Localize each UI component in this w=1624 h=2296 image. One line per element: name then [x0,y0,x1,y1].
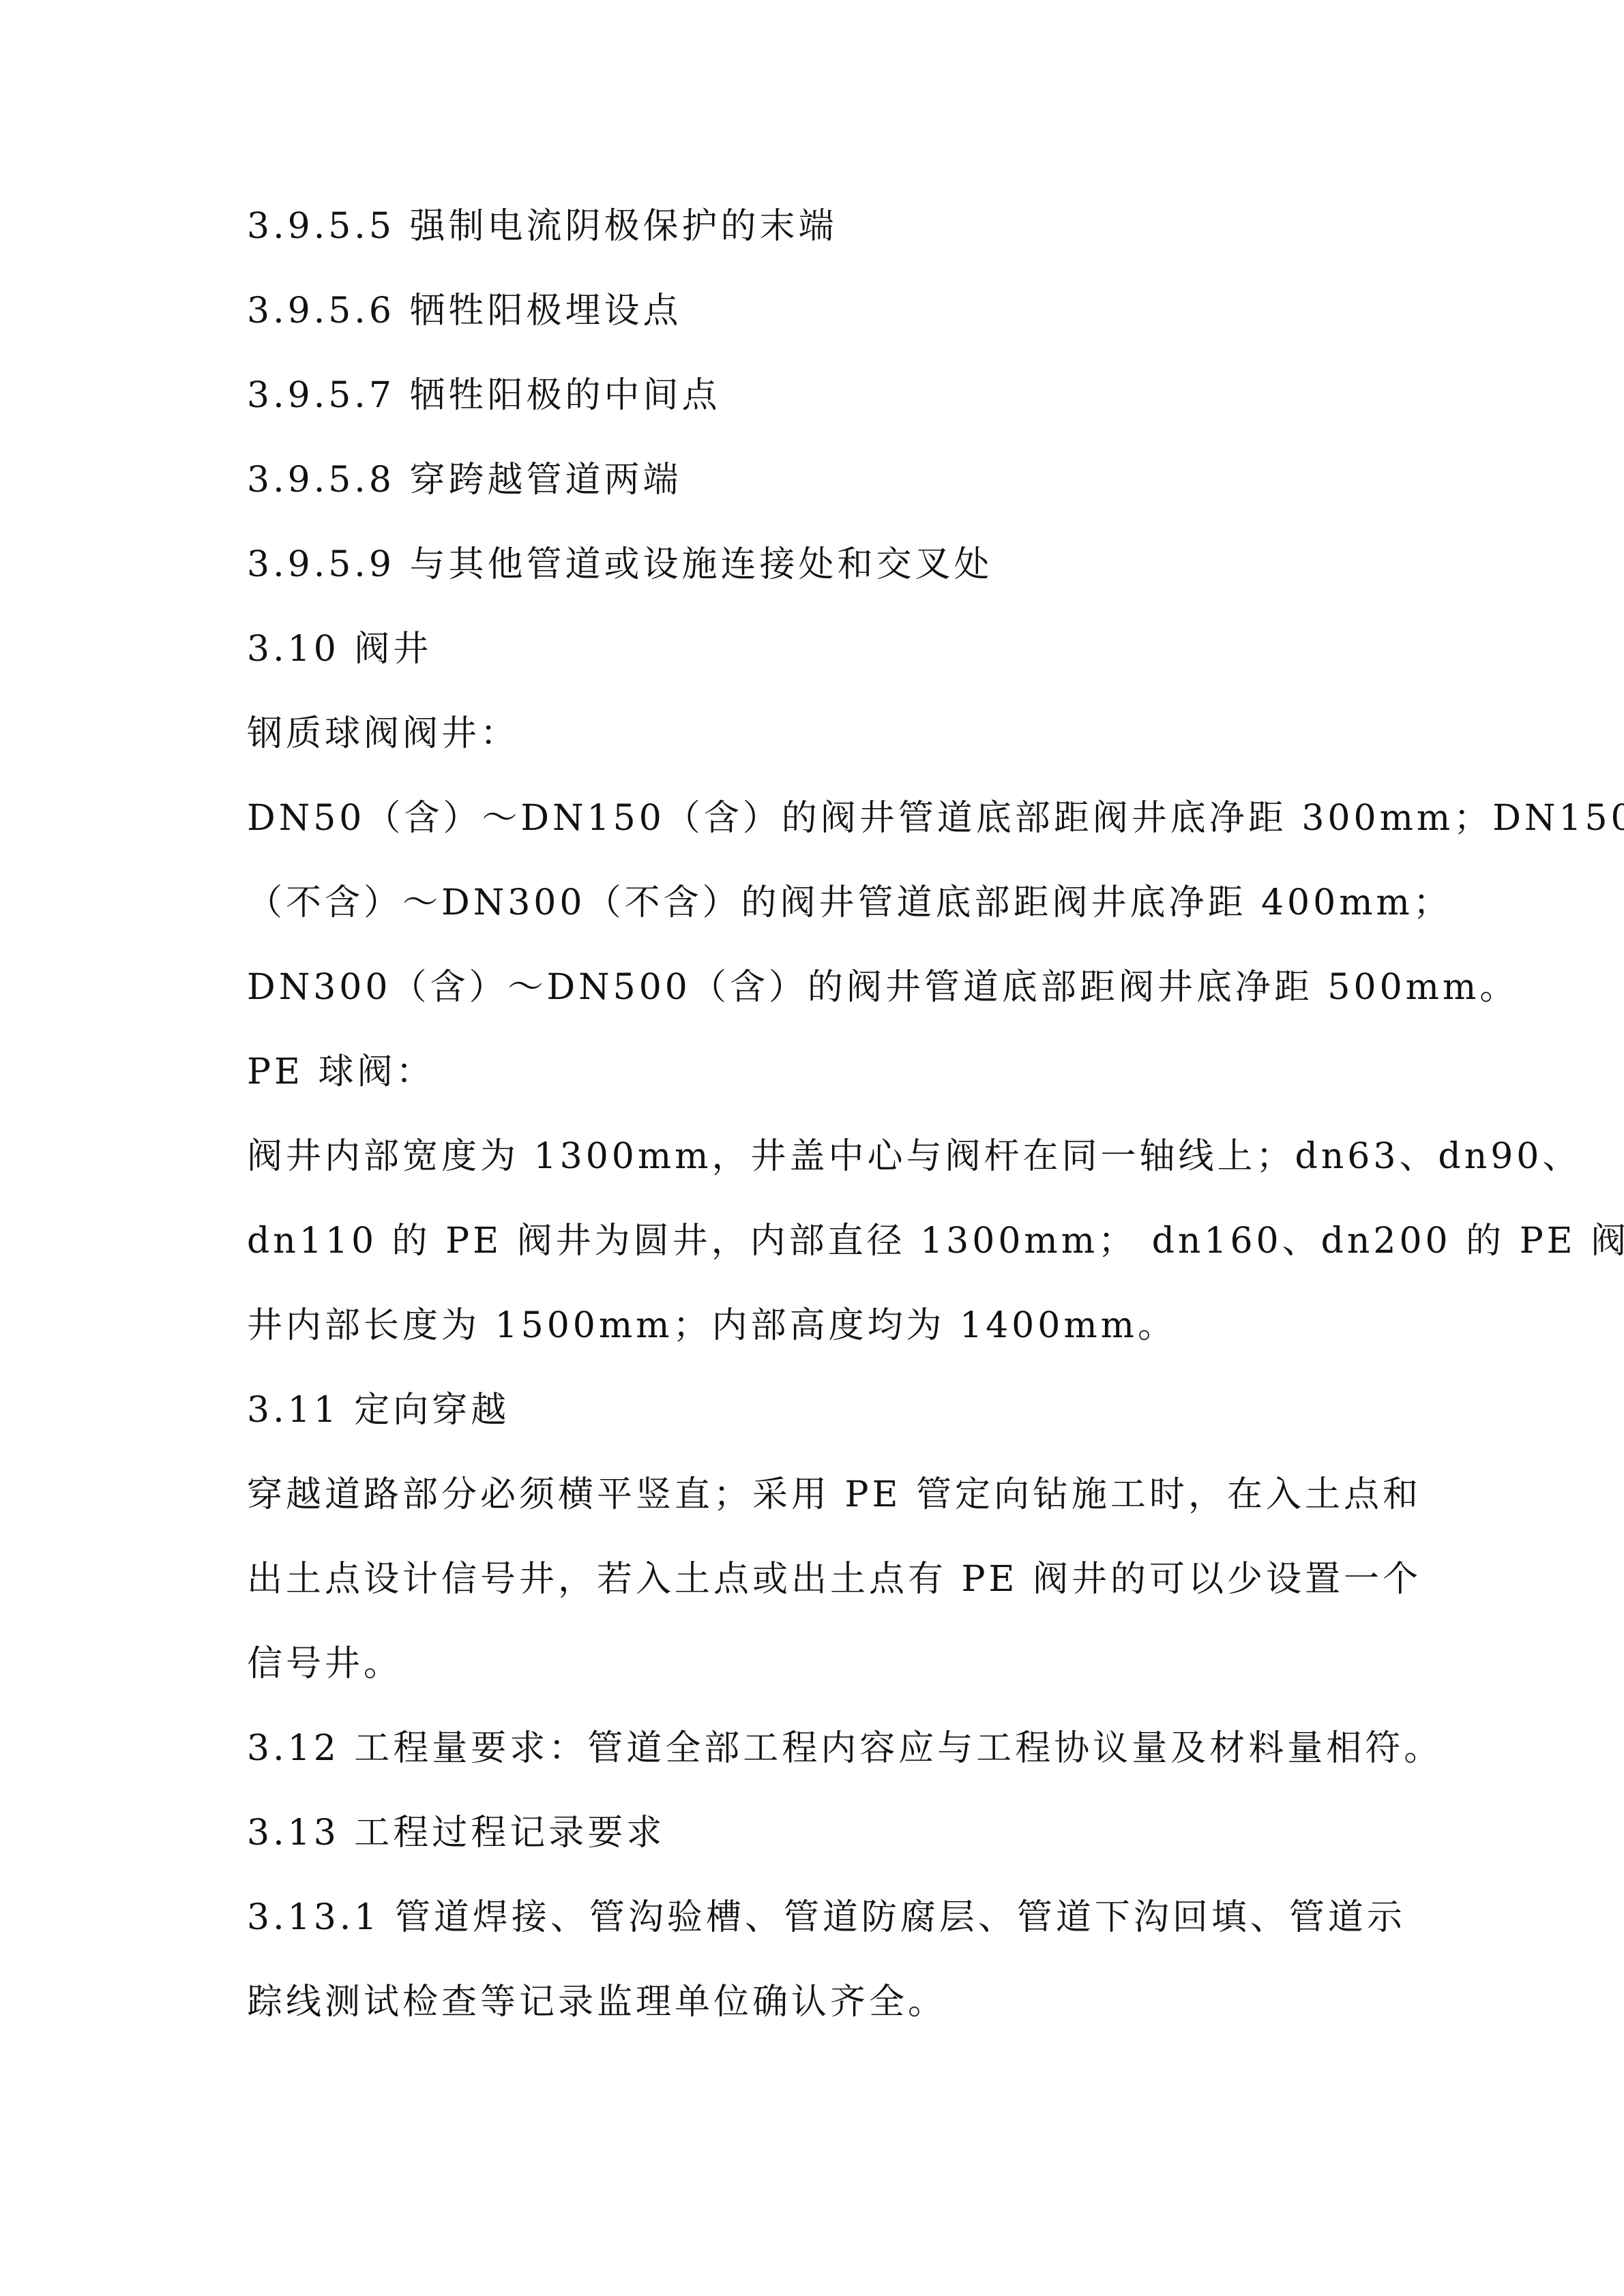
clause-3-9-5-5: 3.9.5.5 强制电流阴极保护的末端 [247,205,837,248]
section-heading-3-13: 3.13 工程过程记录要求 [247,1811,665,1855]
clause-3-9-5-8: 3.9.5.8 穿跨越管道两端 [247,458,681,502]
steel-ball-valve-well-label: 钢质球阀阀井： [247,712,519,756]
paragraph-line: DN300（含）～DN500（含）的阀井管道底部距阀井底净距 500mm。 [247,966,1518,1009]
paragraph-line: DN50（含）～DN150（含）的阀井管道底部距阀井底净距 300mm；DN15… [247,796,1376,840]
paragraph-line: 出土点设计信号井，若入土点或出土点有 PE 阀井的可以少设置一个 [247,1557,1376,1601]
document-page: 3.9.5.5 强制电流阴极保护的末端 3.9.5.6 牺牲阳极埋设点 3.9.… [0,0,1624,2296]
section-heading-3-10: 3.10 阀井 [247,627,432,671]
section-heading-3-11: 3.11 定向穿越 [247,1388,510,1432]
paragraph-line: 信号井。 [247,1642,402,1686]
paragraph-line: 阀井内部宽度为 1300mm，井盖中心与阀杆在同一轴线上；dn63、dn90、 [247,1135,1376,1178]
clause-3-9-5-7: 3.9.5.7 牺牲阳极的中间点 [247,374,720,417]
section-heading-3-12: 3.12 工程量要求：管道全部工程内容应与工程协议量及材料量相符。 [247,1727,1376,1770]
clause-3-13-1: 3.13.1 管道焊接、管沟验槽、管道防腐层、管道下沟回填、管道示 [247,1896,1376,1939]
paragraph-line: 穿越道路部分必须横平竖直；采用 PE 管定向钻施工时，在入土点和 [247,1473,1376,1517]
pe-ball-valve-label: PE 球阀： [247,1050,434,1094]
paragraph-line: 踪线测试检查等记录监理单位确认齐全。 [247,1980,947,2024]
paragraph-line: （不含）～DN300（不含）的阀井管道底部距阀井底净距 400mm； [247,881,1452,925]
paragraph-line: dn110 的 PE 阀井为圆井，内部直径 1300mm； dn160、dn20… [247,1219,1376,1263]
paragraph-line: 井内部长度为 1500mm；内部高度均为 1400mm。 [247,1304,1177,1347]
clause-3-9-5-9: 3.9.5.9 与其他管道或设施连接处和交叉处 [247,543,992,586]
clause-3-9-5-6: 3.9.5.6 牺牲阳极埋设点 [247,289,681,333]
